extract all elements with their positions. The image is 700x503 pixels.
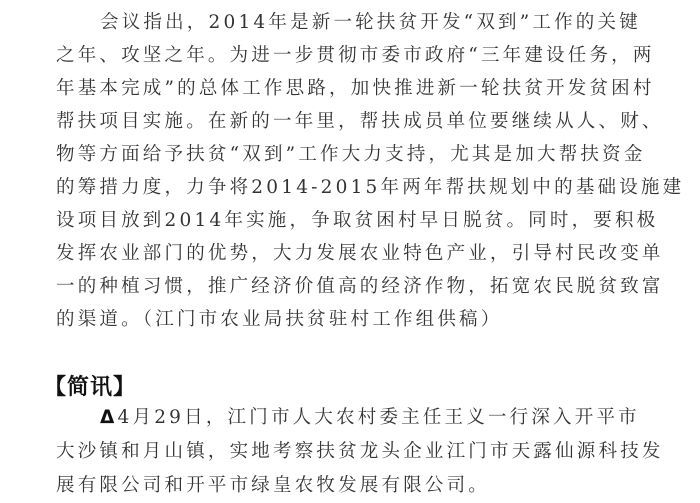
brief-heading: 【简讯】: [44, 370, 136, 401]
document-page: 会议指出，2014年是新一轮扶贫开发“双到”工作的关键 之年、攻坚之年。为进一步…: [0, 0, 700, 503]
paragraph-line: 年基本完成”的总体工作思路，加快推进新一轮扶贫开发贫困村: [56, 78, 655, 100]
brief-line: 展有限公司和开平市绿皇农牧发展有限公司。: [56, 475, 490, 497]
paragraph-line: 的筹措力度，力争将2014-2015年两年帮扶规划中的基础设施建: [56, 177, 684, 199]
paragraph-line: 一的种植习惯，推广经济价值高的经济作物，拓宽农民脱贫致富: [56, 276, 664, 298]
triangle-bullet-icon: Δ: [100, 407, 118, 428]
paragraph-line: 物等方面给予扶贫“双到”工作大力支持，尤其是加大帮扶资金: [56, 144, 646, 166]
paragraph-line: 会议指出，2014年是新一轮扶贫开发“双到”工作的关键: [100, 12, 641, 34]
paragraph-line: 发挥农业部门的优势，大力发展农业特色产业，引导村民改变单: [56, 243, 664, 265]
paragraph-line: 的渠道。（江门市农业局扶贫驻村工作组供稿）: [56, 309, 502, 331]
brief-line: Δ4月29日，江门市人大农村委主任王义一行深入开平市: [100, 407, 640, 429]
paragraph-line: 之年、攻坚之年。为进一步贯彻市委市政府“三年建设任务，两: [56, 45, 655, 67]
paragraph-line: 设项目放到2014年实施，争取贫困村早日脱贫。同时，要积极: [56, 210, 658, 232]
brief-line: 大沙镇和月山镇，实地考察扶贫龙头企业江门市天露仙源科技发: [56, 441, 664, 463]
paragraph-line: 帮扶项目实施。在新的一年里，帮扶成员单位要继续从人、财、: [56, 111, 664, 133]
brief-text: 4月29日，江门市人大农村委主任王义一行深入开平市: [118, 407, 640, 428]
